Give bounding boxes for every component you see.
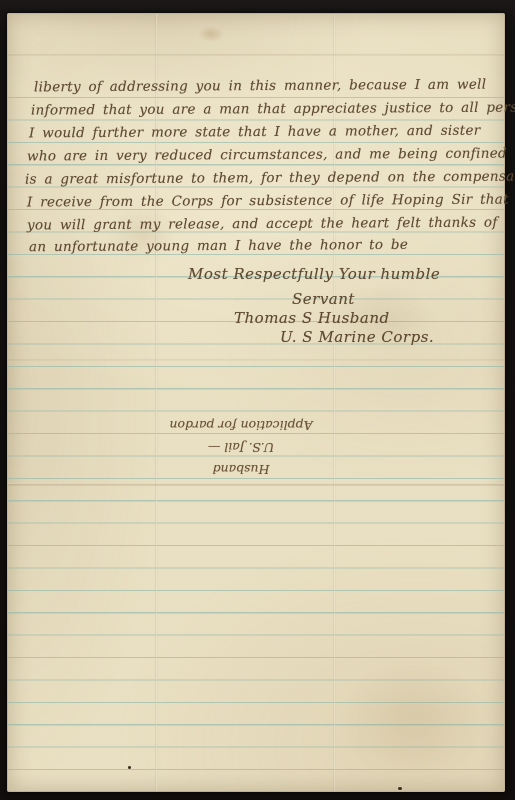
- letter-line-8: an unfortunate young man I have the hono…: [29, 237, 408, 255]
- corps-line: U. S Marine Corps.: [280, 328, 434, 346]
- letter-line-3: I would further more state that I have a…: [29, 123, 481, 142]
- letter-paper: liberty of addressing you in this manner…: [7, 13, 505, 792]
- letter-line-1: liberty of addressing you in this manner…: [34, 77, 486, 96]
- docket-line-place: U.S. Jail —: [156, 436, 326, 458]
- docket-upside-down: Husband U.S. Jail — Application for pard…: [156, 402, 326, 480]
- letter-line-7: you will grant my release, and accept th…: [27, 215, 498, 234]
- ink-speck: [398, 787, 402, 790]
- letter-line-4: who are in very reduced circumstances, a…: [27, 146, 507, 165]
- fold-crease-horizontal-top: [8, 53, 504, 56]
- letter-line-6: I receive from the Corps for subsistence…: [27, 192, 509, 211]
- letter-line-2: informed that you are a man that appreci…: [31, 99, 515, 118]
- stain: [198, 26, 224, 42]
- stain: [338, 654, 488, 784]
- stain: [108, 204, 178, 264]
- fold-crease-horizontal-lower: [8, 483, 504, 486]
- closing-line-1: Most Respectfully Your humble: [188, 265, 440, 283]
- docket-line-subject: Application for pardon: [156, 414, 326, 436]
- letter-line-5: is a great misfortune to them, for they …: [25, 168, 515, 187]
- docket-line-name: Husband: [156, 458, 326, 480]
- closing-line-2: Servant: [292, 290, 355, 308]
- ink-speck: [128, 766, 131, 769]
- fold-crease-horizontal-middle: [8, 358, 504, 361]
- signature: Thomas S Husband: [234, 309, 390, 327]
